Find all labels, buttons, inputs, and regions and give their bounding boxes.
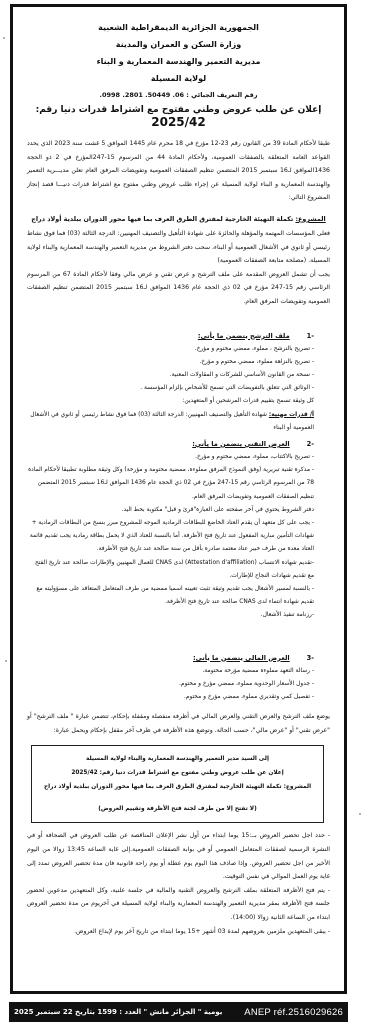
envelope-announcement: إعلان عن طلب عروض وطني مفتوح مع اشتراط ق… [38, 766, 317, 780]
list-item: - يجب على كل متعهد أن يقدم العتاد الخاضع… [13, 517, 344, 557]
section-financial-offer: -3 العرض المالي يتضمن ما يأتي: [13, 651, 344, 665]
section-number: -1 [292, 329, 314, 343]
eligibility-paragraph: فعلى المؤسسات المهتمة والمؤهلة والحائزة … [13, 227, 344, 268]
list-item: - تصريح بالنزاهة مملوء، ممضي مختوم و مؤر… [13, 356, 344, 369]
opening-session-paragraph: - يتم فتح الأظرفة المتعلقة بملف الترشح و… [13, 884, 344, 925]
list-item: - الوثائق التي تتعلق بالتفويضات التي تسم… [13, 382, 344, 395]
list-item: -رزنامة تنفيذ الأشغال. [13, 609, 344, 622]
intro-paragraph: طبقا لأحكام المادة 39 من القانون رقم 23-… [13, 137, 344, 205]
fiscal-id: رقم التعريف الجبائي : 06. 50449. 2801. 0… [13, 87, 344, 104]
list-item: - تصريح بالترشح ، مملوء، ممضي مختوم و مؤ… [13, 343, 344, 356]
list-item: - تفصيل كمي وتقديري مملوء، ممضي مؤرخ و م… [13, 691, 344, 704]
section-candidacy-file: -1 ملف الترشح يتضمن ما يأتي: [13, 329, 344, 343]
validity-paragraph: - يبقى المتعهدين ملزمين بعروضهم لمدة 03 … [13, 925, 344, 939]
republic-name: الجمهورية الجزائرية الديمقراطية الشعبية [13, 19, 344, 36]
list-item: - جدول الأسعار الوحدوية مملوء، ممضي مؤرخ… [13, 678, 344, 691]
list-item: - مذكرة تقنية تبريرية (وفق النموذج المرف… [13, 464, 344, 504]
title-number: 2025/42 [151, 115, 205, 129]
envelope-label-box: إلى السيد مدير التعمير والهندسة المعماري… [31, 745, 324, 823]
publication-info: يومية " الجزائر مانش " العدد : 1599 بتار… [14, 1008, 222, 1016]
title-text: إعلان عن طلب عروض وطني مفتوح مع اشتراط ق… [36, 105, 322, 115]
section-label: العرض التقني يتضمن ما يأتي: [192, 440, 289, 448]
envelopes-paragraph: يوضع ملف الترشح والعرض التقني والعرض الم… [13, 710, 344, 737]
announcement-title: إعلان عن طلب عروض وطني مفتوح مع اشتراط ق… [13, 105, 344, 129]
deadline-paragraph: - حدد اجل تحضير العروض بــ:15 يوما ابتدا… [13, 829, 344, 883]
envelope-addressee: إلى السيد مدير التعمير والهندسة المعماري… [38, 752, 317, 766]
list-item: - بالنسبة لمسير الأشغال يجب تقديم وثيقة … [13, 583, 344, 609]
letterhead: الجمهورية الجزائرية الديمقراطية الشعبية … [13, 19, 344, 104]
project-line: المشروع: تكملة التهيئة الخارجية لمفترق ا… [13, 215, 344, 223]
announcement-frame: الجمهورية الجزائرية الديمقراطية الشعبية … [10, 4, 347, 994]
section-number: -2 [292, 437, 314, 451]
list-item: - تصريح بالاكتتاب، مملوء، ممضي مختوم و م… [13, 451, 344, 464]
publication-footer: يومية " الجزائر مانش " العدد : 1599 بتار… [9, 1002, 348, 1022]
anep-reference: ANEP réf.2516029626 [244, 1007, 343, 1018]
list-item: -تقديم شهادة الانتساب (Attestation d'aff… [13, 557, 344, 583]
list-item: - رسالة التعهد مملوءة ممضية مؤرخة مختومة… [13, 665, 344, 678]
envelope-do-not-open: (لا تفتح إلا من طرف لجنة فتح الأظرفة وتق… [38, 802, 317, 816]
envelope-project: المشروع: تكملة التهيئة الخارجية لمفترق ا… [38, 780, 317, 794]
professional-capacity: أ/ قدرات مهنية: شهادة التأهيل والتصنيف ا… [13, 409, 344, 435]
sub-label: أ/ قدرات مهنية: [269, 412, 314, 418]
list-item: - نسخة من القانون الأساسي للشركات و المق… [13, 369, 344, 382]
section-number: -3 [292, 651, 314, 665]
section-label: العرض المالي يتضمن ما يأتي: [193, 654, 290, 662]
section-label: ملف الترشح يتضمن ما يأتي: [198, 332, 290, 340]
directorate-name: مديرية التعمير والهندسة المعمارية و البن… [13, 53, 344, 70]
list-item: كل وثيقة تسمح بتقييم قدرات المرشحين أو ا… [13, 395, 344, 408]
section-technical-offer: -2 العرض التقني يتضمن ما يأتي: [13, 437, 344, 451]
offers-requirement: يجب أن تشمل العروض المقدمة على ملف الترش… [13, 268, 344, 309]
project-label: المشروع: [296, 215, 326, 223]
project-text: تكملة التهيئة الخارجية لمفترق الطرق العر… [31, 215, 293, 223]
list-item: دفتر الشروط يحتوي في آخر صفحته على العبا… [13, 504, 344, 517]
wilaya-name: لولاية المسيلة [13, 70, 344, 87]
ministry-name: وزارة السكن و العمران والمدينة [13, 36, 344, 53]
